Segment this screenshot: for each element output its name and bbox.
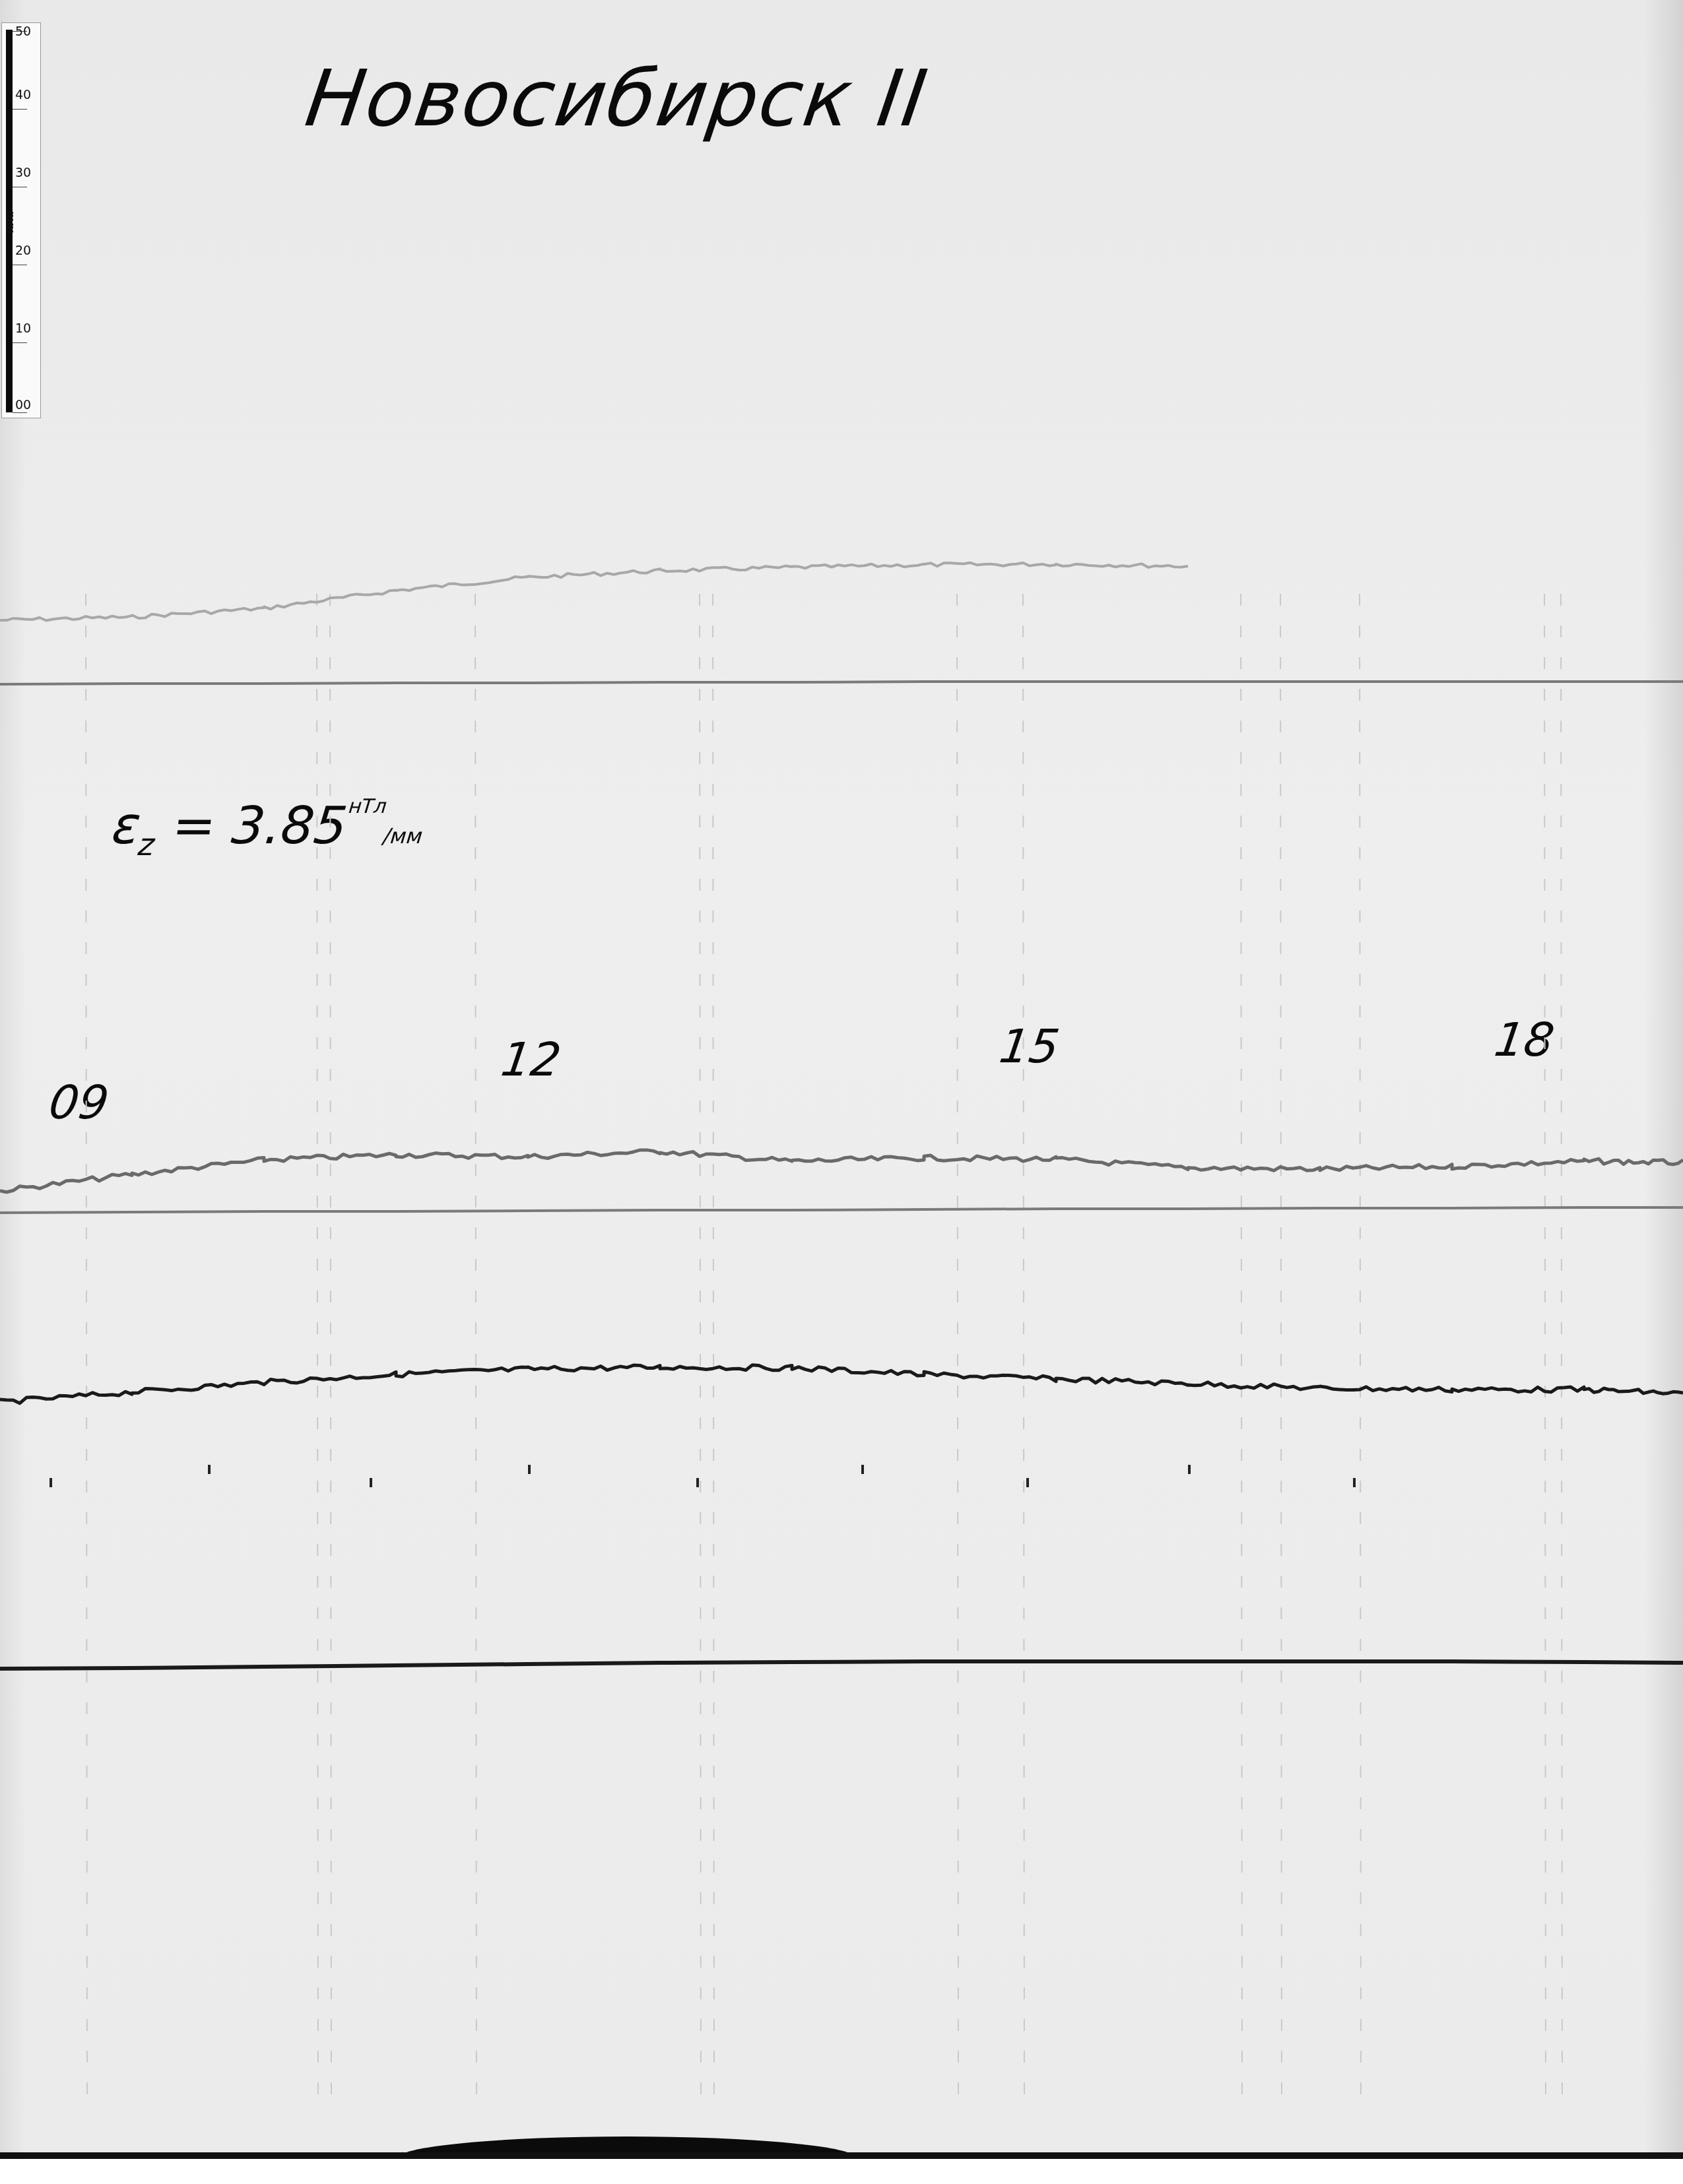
scan-bottom-edge: [0, 2152, 1683, 2159]
time-mark-line: [1241, 594, 1242, 2111]
time-mark-line: [330, 594, 331, 2111]
hour-tick: [1353, 1478, 1356, 1487]
time-mark-line: [1280, 594, 1282, 2111]
magnetogram-traces: [0, 0, 1683, 2184]
time-mark-line: [957, 594, 958, 2111]
hour-tick: [696, 1478, 699, 1487]
trace-series: [0, 563, 1683, 1669]
time-mark-line: [1360, 594, 1361, 2111]
hour-tick: [861, 1465, 864, 1474]
time-mark-line: [1561, 594, 1562, 2111]
scan-margin: [0, 2159, 1683, 2184]
trace-line: [0, 1207, 1683, 1213]
hour-tick: [208, 1465, 211, 1474]
time-mark-line: [86, 594, 87, 2111]
trace-line: [0, 563, 1188, 621]
time-mark-line: [713, 594, 714, 2111]
time-mark-line: [1023, 594, 1024, 2111]
hour-tick: [49, 1478, 52, 1487]
hour-tick: [1188, 1465, 1191, 1474]
hour-tick: [528, 1465, 531, 1474]
hour-tick-marks: [49, 1465, 1356, 1487]
trace-line: [0, 1661, 1683, 1669]
time-mark-line: [700, 594, 701, 2111]
trace-line: [0, 682, 1683, 684]
time-mark-line: [475, 594, 477, 2111]
time-mark-line: [317, 594, 318, 2111]
time-mark-lines: [86, 594, 1562, 2111]
time-mark-line: [1544, 594, 1546, 2111]
hour-tick: [1026, 1478, 1029, 1487]
hour-tick: [370, 1478, 372, 1487]
trace-line: [0, 1365, 1683, 1403]
trace-line: [0, 1150, 1683, 1192]
